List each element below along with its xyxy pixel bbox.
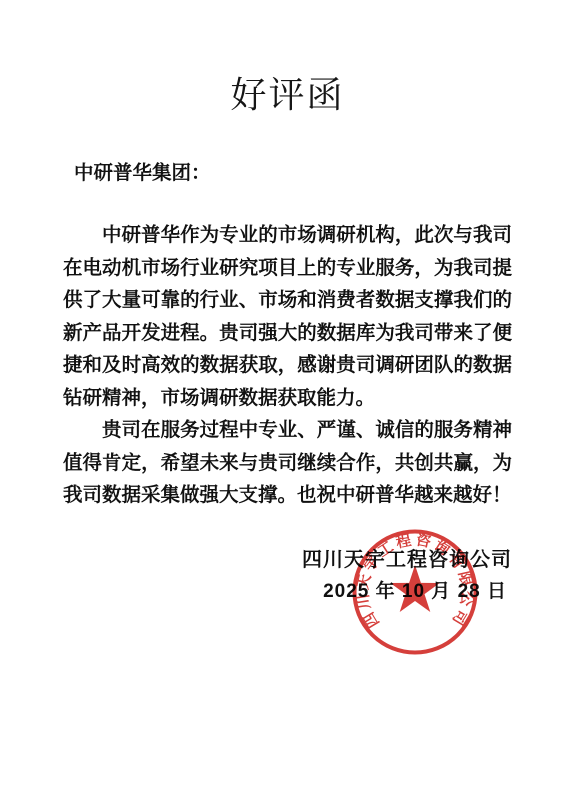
closing-block: 四川天宇工程咨询公司 2025 年 10 月 28 日 [63,544,512,609]
letter-title: 好评函 [0,0,575,117]
letter-page: 好评函 中研普华集团： 中研普华作为专业的市场调研机构，此次与我司在电动机市场行… [0,0,575,809]
salutation: 中研普华集团： [74,163,512,183]
paragraph-2: 贵司在服务过程中专业、严谨、诚信的服务精神值得肯定，希望未来与贵司继续合作，共创… [63,414,512,512]
letter-date: 2025 年 10 月 28 日 [63,576,512,609]
letter-content: 中研普华集团： 中研普华作为专业的市场调研机构，此次与我司在电动机市场行业研究项… [0,163,575,608]
letter-body: 好评函 中研普华集团： 中研普华作为专业的市场调研机构，此次与我司在电动机市场行… [0,0,575,608]
company-signature: 四川天宇工程咨询公司 [63,544,512,576]
paragraph-1: 中研普华作为专业的市场调研机构，此次与我司在电动机市场行业研究项目上的专业服务，… [63,219,512,414]
